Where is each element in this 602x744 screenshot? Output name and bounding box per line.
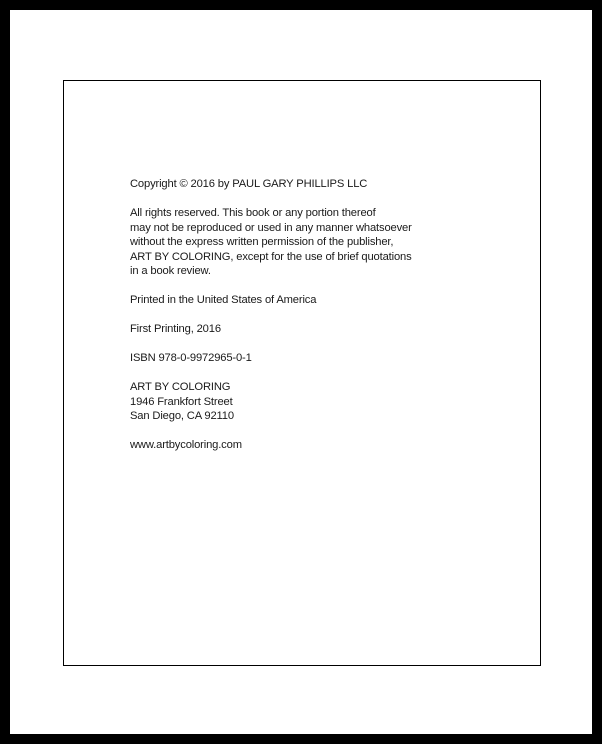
rights-line: in a book review. <box>130 264 440 279</box>
isbn: ISBN 978-0-9972965-0-1 <box>130 351 440 366</box>
printed-location: Printed in the United States of America <box>130 293 440 308</box>
printing-text: First Printing, 2016 <box>130 322 440 337</box>
publisher-address: ART BY COLORING 1946 Frankfort Street Sa… <box>130 380 440 424</box>
rights-paragraph: All rights reserved. This book or any po… <box>130 206 440 279</box>
isbn-text: ISBN 978-0-9972965-0-1 <box>130 351 440 366</box>
printed-text: Printed in the United States of America <box>130 293 440 308</box>
rights-line: may not be reproduced or used in any man… <box>130 221 440 236</box>
copyright-content: Copyright © 2016 by PAUL GARY PHILLIPS L… <box>130 177 440 467</box>
rights-line: ART BY COLORING, except for the use of b… <box>130 250 440 265</box>
publisher-city: San Diego, CA 92110 <box>130 409 440 424</box>
printing-edition: First Printing, 2016 <box>130 322 440 337</box>
rights-line: All rights reserved. This book or any po… <box>130 206 440 221</box>
rights-line: without the express written permission o… <box>130 235 440 250</box>
publisher-street: 1946 Frankfort Street <box>130 395 440 410</box>
website: www.artbycoloring.com <box>130 438 440 453</box>
copyright-text: Copyright © 2016 by PAUL GARY PHILLIPS L… <box>130 177 440 192</box>
copyright-line: Copyright © 2016 by PAUL GARY PHILLIPS L… <box>130 177 440 192</box>
publisher-name: ART BY COLORING <box>130 380 440 395</box>
copyright-page: Copyright © 2016 by PAUL GARY PHILLIPS L… <box>63 80 541 666</box>
website-text: www.artbycoloring.com <box>130 438 440 453</box>
